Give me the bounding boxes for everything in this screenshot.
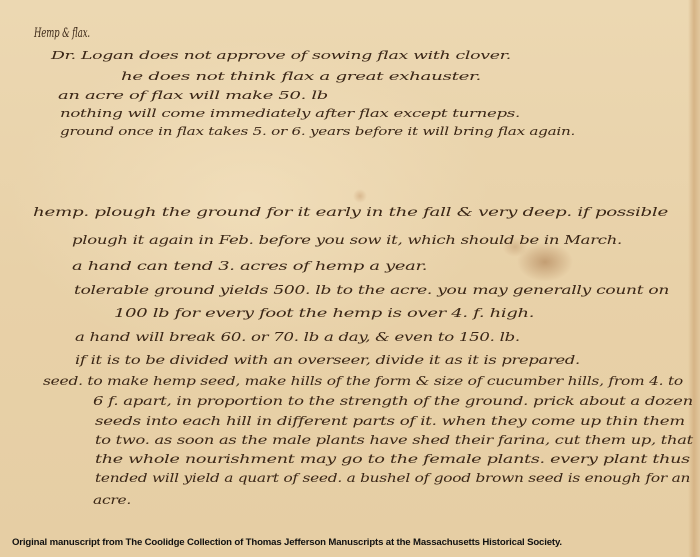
manuscript-line: acre.	[93, 493, 131, 507]
manuscript-line: tended will yield a quart of seed. a bus…	[95, 471, 690, 485]
manuscript-line: if it is to be divided with an overseer,…	[75, 353, 580, 367]
manuscript-page: Hemp & flax. Dr. Logan does not approve …	[0, 0, 700, 557]
manuscript-line: the whole nourishment may go to the fema…	[95, 452, 690, 466]
manuscript-line: tolerable ground yields 500. lb to the a…	[74, 283, 669, 297]
manuscript-line: to two. as soon as the male plants have …	[95, 433, 693, 447]
manuscript-line: hemp. plough the ground for it early in …	[33, 205, 668, 219]
manuscript-line: nothing will come immediately after flax…	[60, 106, 520, 120]
manuscript-line: an acre of flax will make 50. lb	[58, 88, 328, 102]
manuscript-line: he does not think flax a great exhauster…	[121, 69, 481, 83]
manuscript-line: a hand can tend 3. acres of hemp a year.	[72, 259, 427, 273]
manuscript-line: 6 f. apart, in proportion to the strengt…	[93, 394, 693, 408]
manuscript-line: seed. to make hemp seed, make hills of t…	[43, 374, 683, 388]
manuscript-line: Dr. Logan does not approve of sowing fla…	[51, 48, 511, 62]
manuscript-line: seeds into each hill in different parts …	[95, 414, 685, 428]
source-caption: Original manuscript from The Coolidge Co…	[12, 537, 562, 548]
manuscript-line: ground once in flax takes 5. or 6. years…	[60, 124, 575, 138]
manuscript-line: 100 lb for every foot the hemp is over 4…	[114, 306, 534, 320]
manuscript-line: a hand will break 60. or 70. lb a day, &…	[75, 330, 520, 344]
manuscript-line: plough it again in Feb. before you sow i…	[72, 233, 622, 247]
section-heading: Hemp & flax.	[34, 26, 90, 41]
